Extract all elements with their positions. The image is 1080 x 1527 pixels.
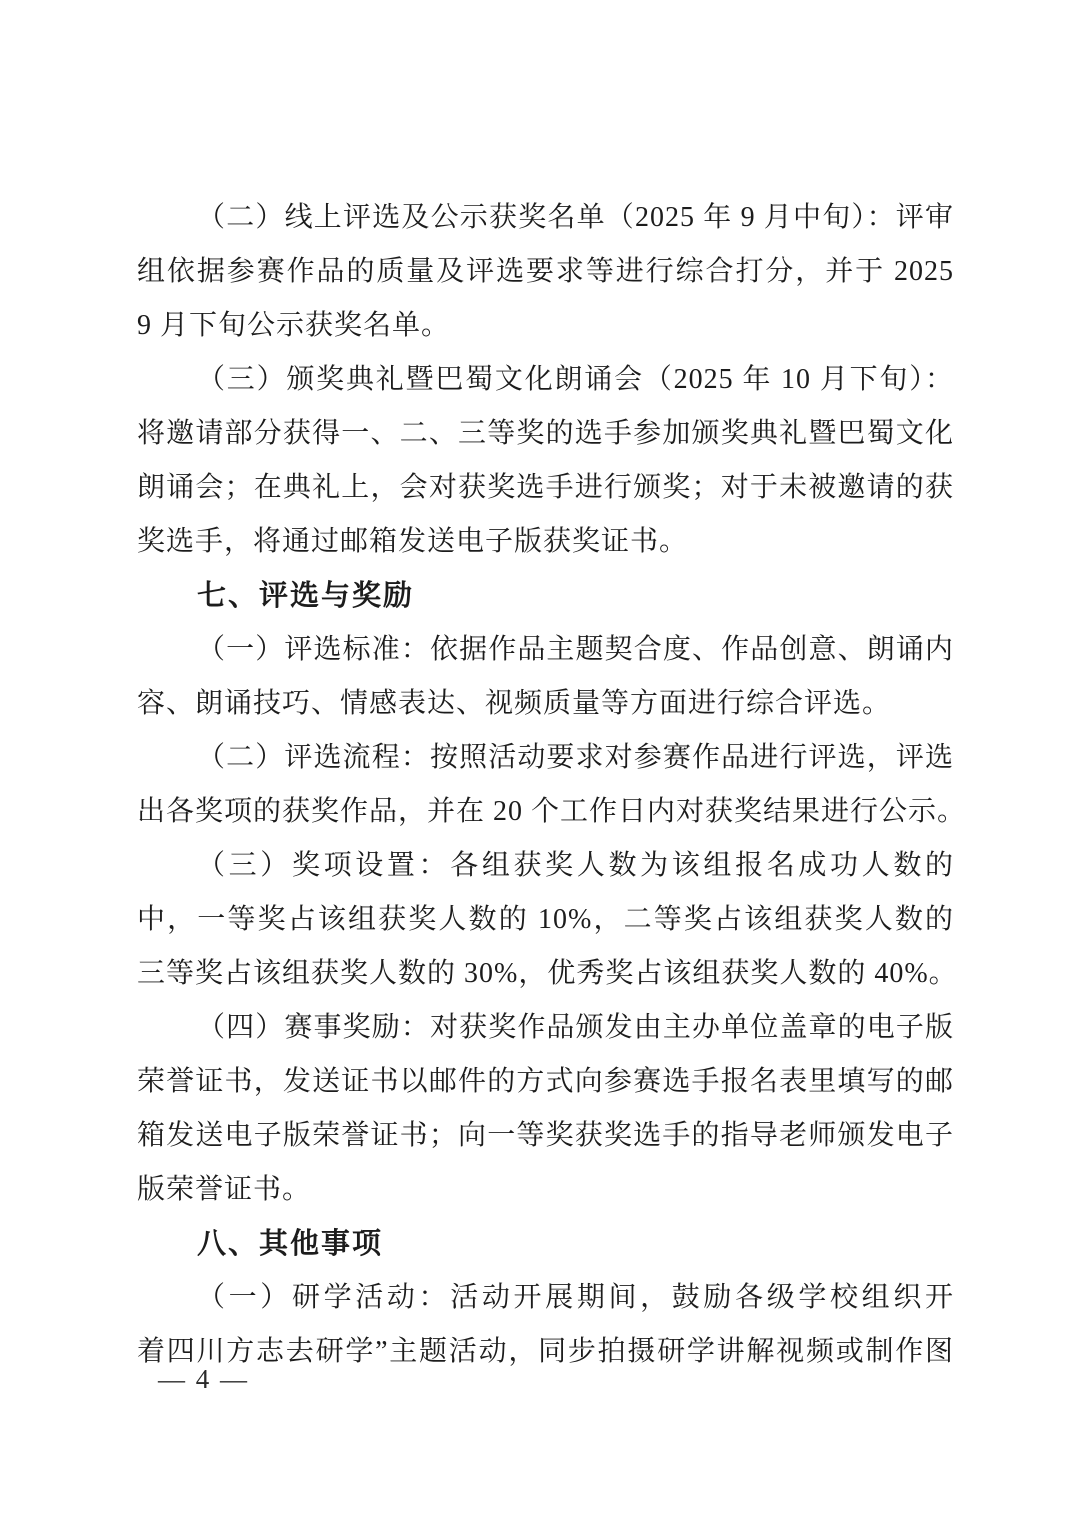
text-line: 9 月下旬公示获奖名单。 [137,299,954,353]
text-line: 荣誉证书，发送证书以邮件的方式向参赛选手报名表里填写的邮 [137,1055,954,1109]
text-line: 组依据参赛作品的质量及评选要求等进行综合打分，并于 2025 年 [137,245,954,299]
text-line: （四）赛事奖励：对获奖作品颁发由主办单位盖章的电子版 [137,1001,954,1055]
document-page: （二）线上评选及公示获奖名单（2025 年 9 月中旬）：评审组依据参赛作品的质… [0,0,1080,1527]
text-line: 着四川方志去研学”主题活动，同步拍摄研学讲解视频或制作图文 [137,1325,954,1379]
text-line: （二）线上评选及公示获奖名单（2025 年 9 月中旬）：评审 [137,191,954,245]
text-line: 朗诵会；在典礼上，会对获奖选手进行颁奖；对于未被邀请的获 [137,461,954,515]
text-line: 中，一等奖占该组获奖人数的 10%，二等奖占该组获奖人数的 20%， [137,893,954,947]
text-line: 箱发送电子版荣誉证书；向一等奖获奖选手的指导老师颁发电子 [137,1109,954,1163]
text-line: 奖选手，将通过邮箱发送电子版获奖证书。 [137,515,954,569]
document-body: （二）线上评选及公示获奖名单（2025 年 9 月中旬）：评审组依据参赛作品的质… [137,191,954,1379]
text-line: 版荣誉证书。 [137,1163,954,1217]
text-line: （一）评选标准：依据作品主题契合度、作品创意、朗诵内 [137,623,954,677]
text-line: （二）评选流程：按照活动要求对参赛作品进行评选，评选 [137,731,954,785]
text-line: （三）颁奖典礼暨巴蜀文化朗诵会（2025 年 10 月下旬）： [137,353,954,407]
page-number: — 4 — [158,1362,249,1396]
text-line: （三）奖项设置：各组获奖人数为该组报名成功人数的 30%。其 [137,839,954,893]
text-line: 三等奖占该组获奖人数的 30%，优秀奖占该组获奖人数的 40%。 [137,947,954,1001]
section-heading: 八、其他事项 [137,1217,954,1271]
text-line: （一）研学活动：活动开展期间，鼓励各级学校组织开展“读 [137,1271,954,1325]
section-heading: 七、评选与奖励 [137,569,954,623]
text-line: 容、朗诵技巧、情感表达、视频质量等方面进行综合评选。 [137,677,954,731]
text-line: 出各奖项的获奖作品，并在 20 个工作日内对获奖结果进行公示。 [137,785,954,839]
text-line: 将邀请部分获得一、二、三等奖的选手参加颁奖典礼暨巴蜀文化 [137,407,954,461]
